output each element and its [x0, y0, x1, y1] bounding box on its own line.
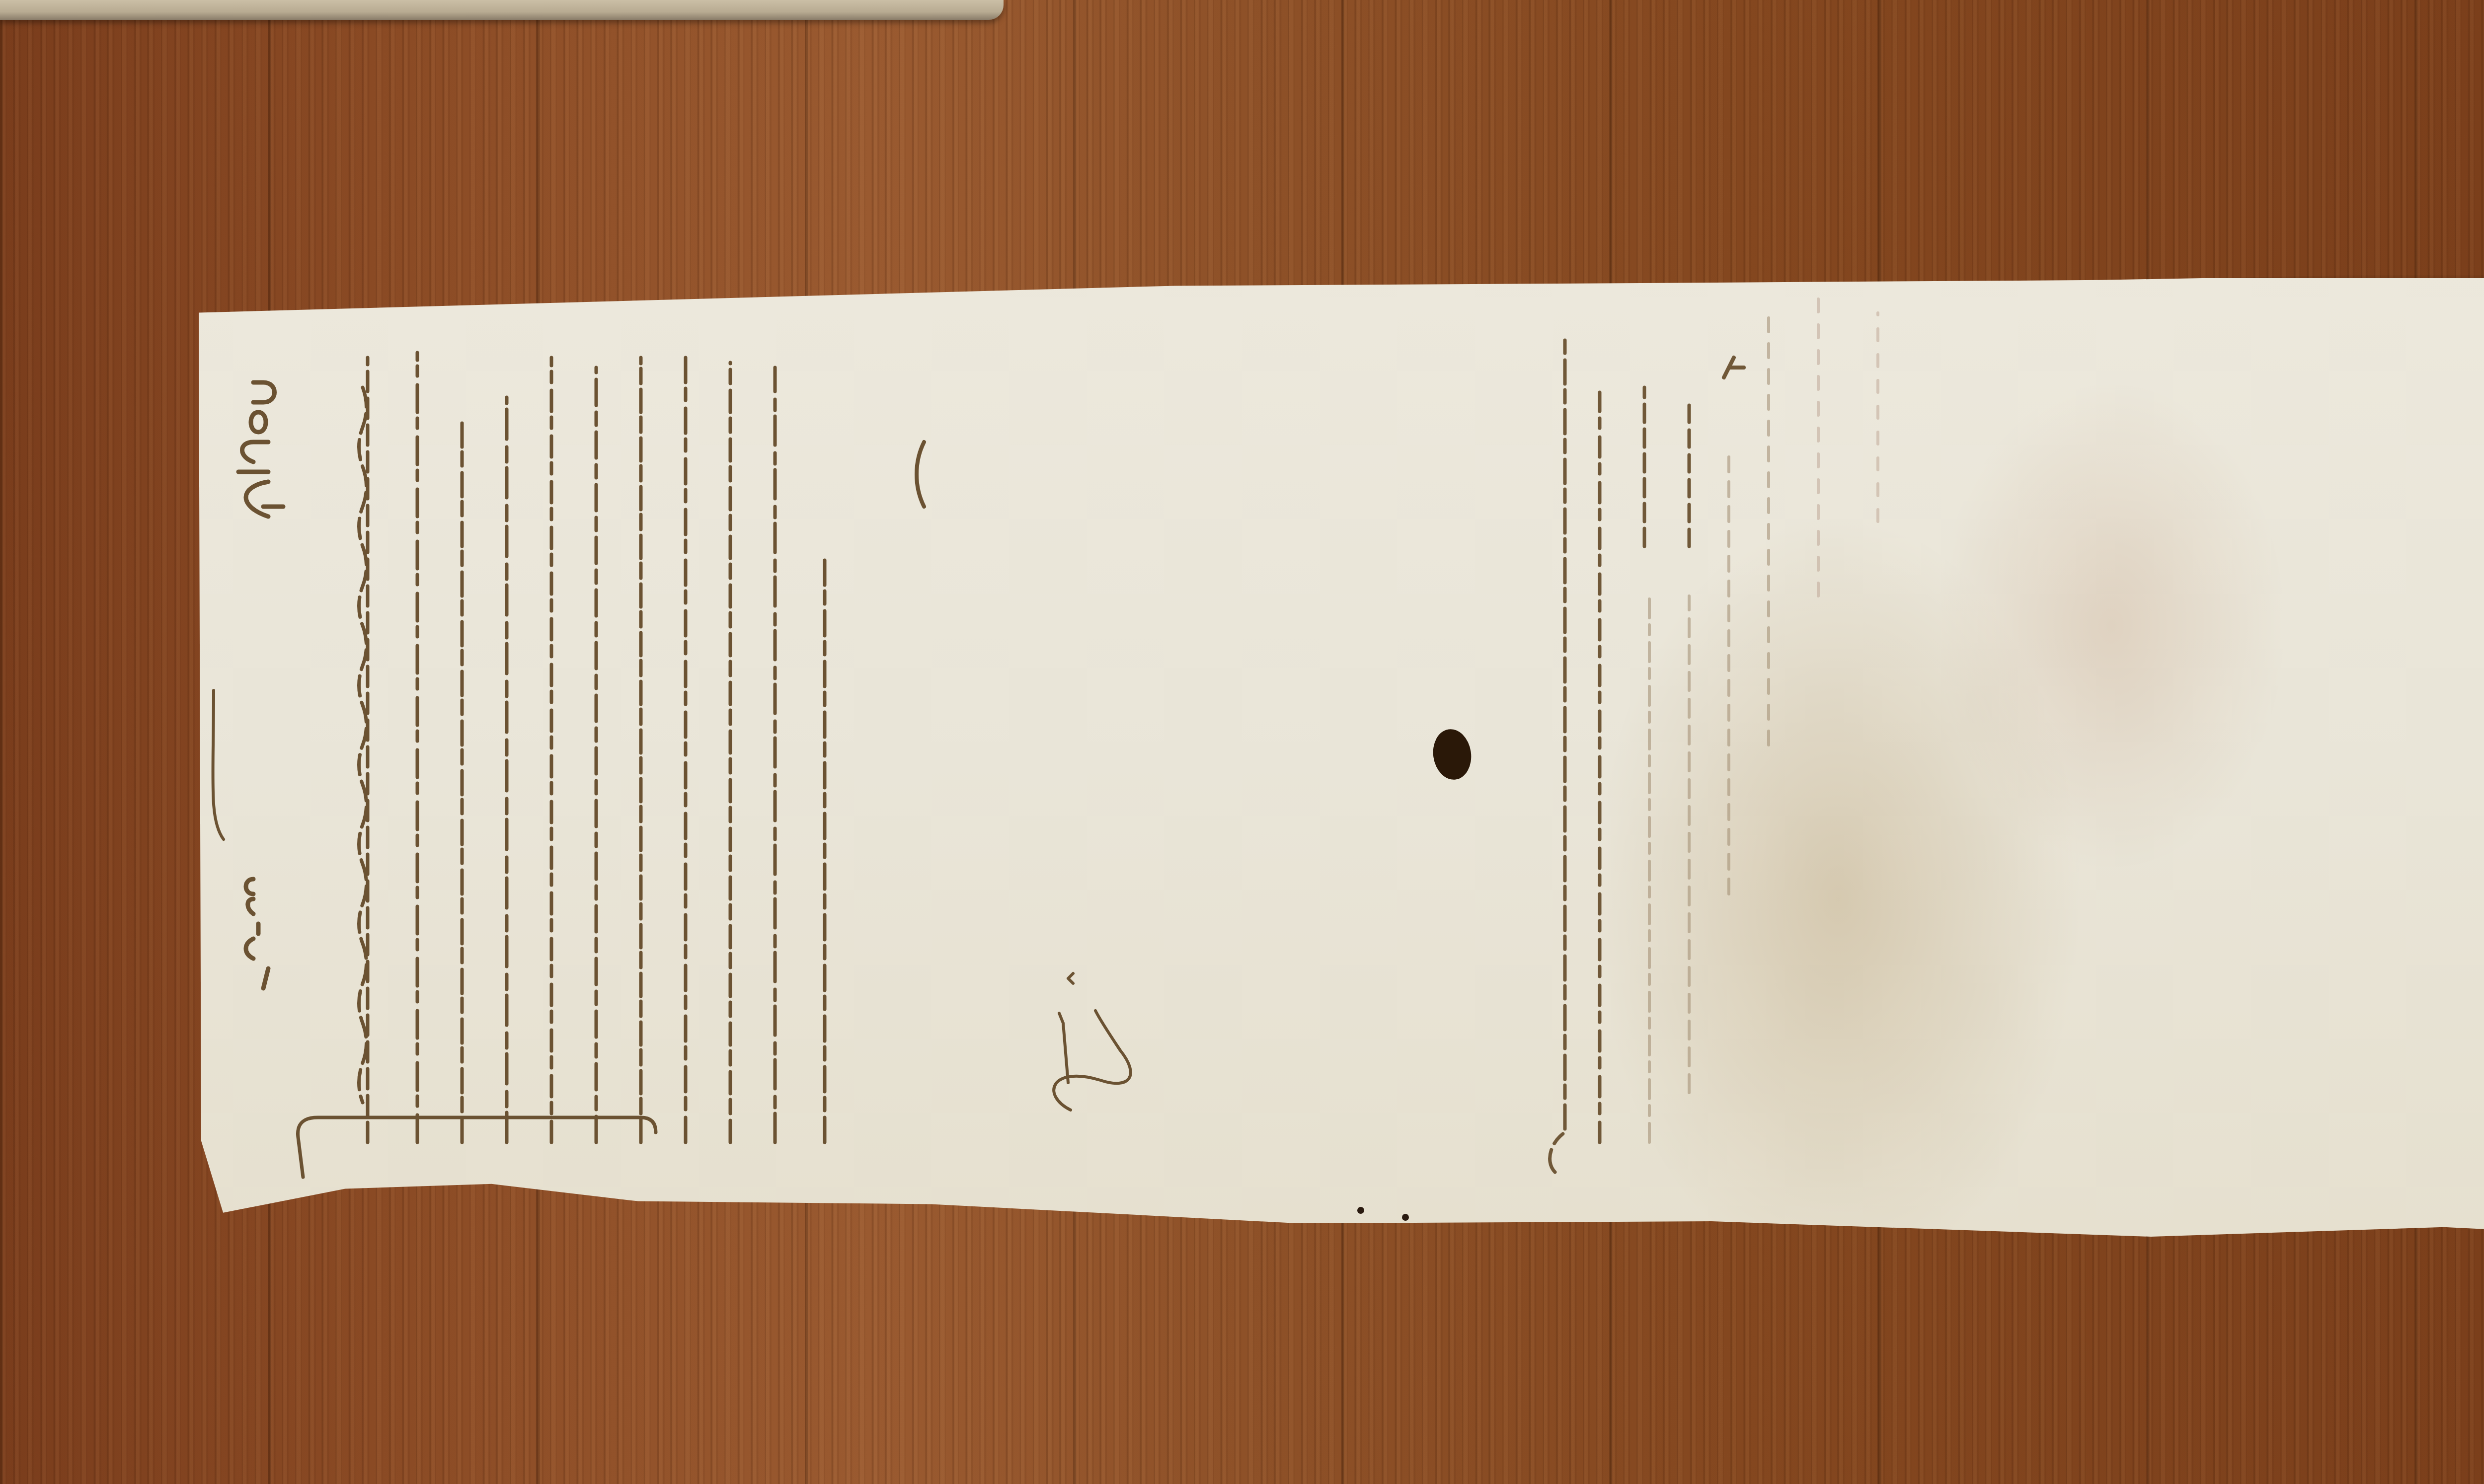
faded-block-lines	[1649, 288, 1878, 1142]
main-block-lines	[359, 353, 925, 1142]
right-block-lines	[1550, 338, 1744, 1172]
ink-speck	[1402, 1214, 1409, 1221]
handwriting-layer	[0, 0, 2484, 1484]
signature-flourish	[1054, 973, 1131, 1110]
heading-script	[238, 382, 283, 517]
ink-speck	[1357, 1207, 1364, 1214]
margin-note-script	[213, 690, 268, 988]
left-bracket	[298, 1117, 656, 1177]
